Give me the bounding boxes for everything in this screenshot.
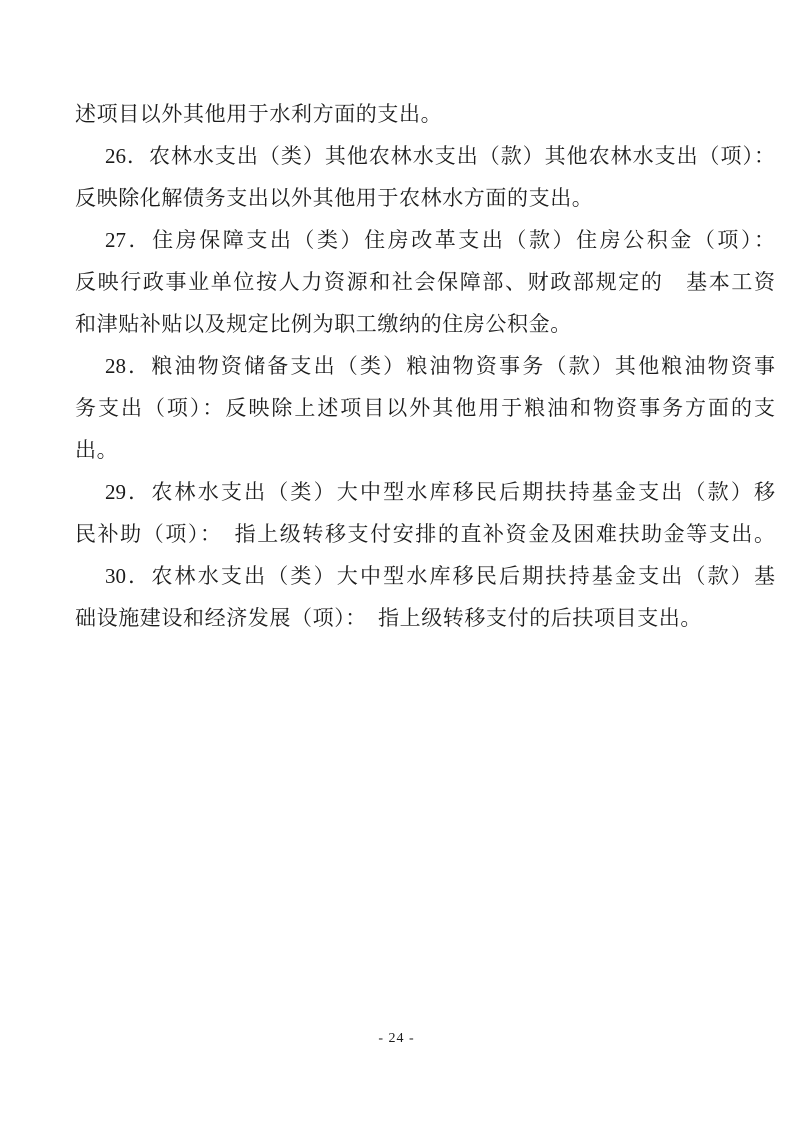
text-line: 出。 (75, 429, 775, 471)
text-line: 和津贴补贴以及规定比例为职工缴纳的住房公积金。 (75, 303, 775, 345)
document-page: 述项目以外其他用于水利方面的支出。26．农林水支出（类）其他农林水支出（款）其他… (0, 0, 793, 1122)
text-line: 反映行政事业单位按人力资源和社会保障部、财政部规定的 基本工资 (75, 261, 775, 303)
text-line: 反映除化解债务支出以外其他用于农林水方面的支出。 (75, 177, 775, 219)
text-line: 27．住房保障支出（类）住房改革支出（款）住房公积金（项）： (75, 219, 775, 261)
text-line: 26．农林水支出（类）其他农林水支出（款）其他农林水支出（项）： (75, 135, 775, 177)
text-line: 民补助（项）： 指上级转移支付安排的直补资金及困难扶助金等支出。 (75, 513, 775, 555)
text-line: 28．粮油物资储备支出（类）粮油物资事务（款）其他粮油物资事 (75, 345, 775, 387)
document-body: 述项目以外其他用于水利方面的支出。26．农林水支出（类）其他农林水支出（款）其他… (75, 93, 775, 639)
text-line: 29．农林水支出（类）大中型水库移民后期扶持基金支出（款）移 (75, 471, 775, 513)
page-number: - 24 - (0, 1031, 793, 1047)
text-line: 述项目以外其他用于水利方面的支出。 (75, 93, 775, 135)
text-line: 务支出（项）：反映除上述项目以外其他用于粮油和物资事务方面的支 (75, 387, 775, 429)
text-line: 30．农林水支出（类）大中型水库移民后期扶持基金支出（款）基 (75, 555, 775, 597)
text-line: 础设施建设和经济发展（项）： 指上级转移支付的后扶项目支出。 (75, 597, 775, 639)
